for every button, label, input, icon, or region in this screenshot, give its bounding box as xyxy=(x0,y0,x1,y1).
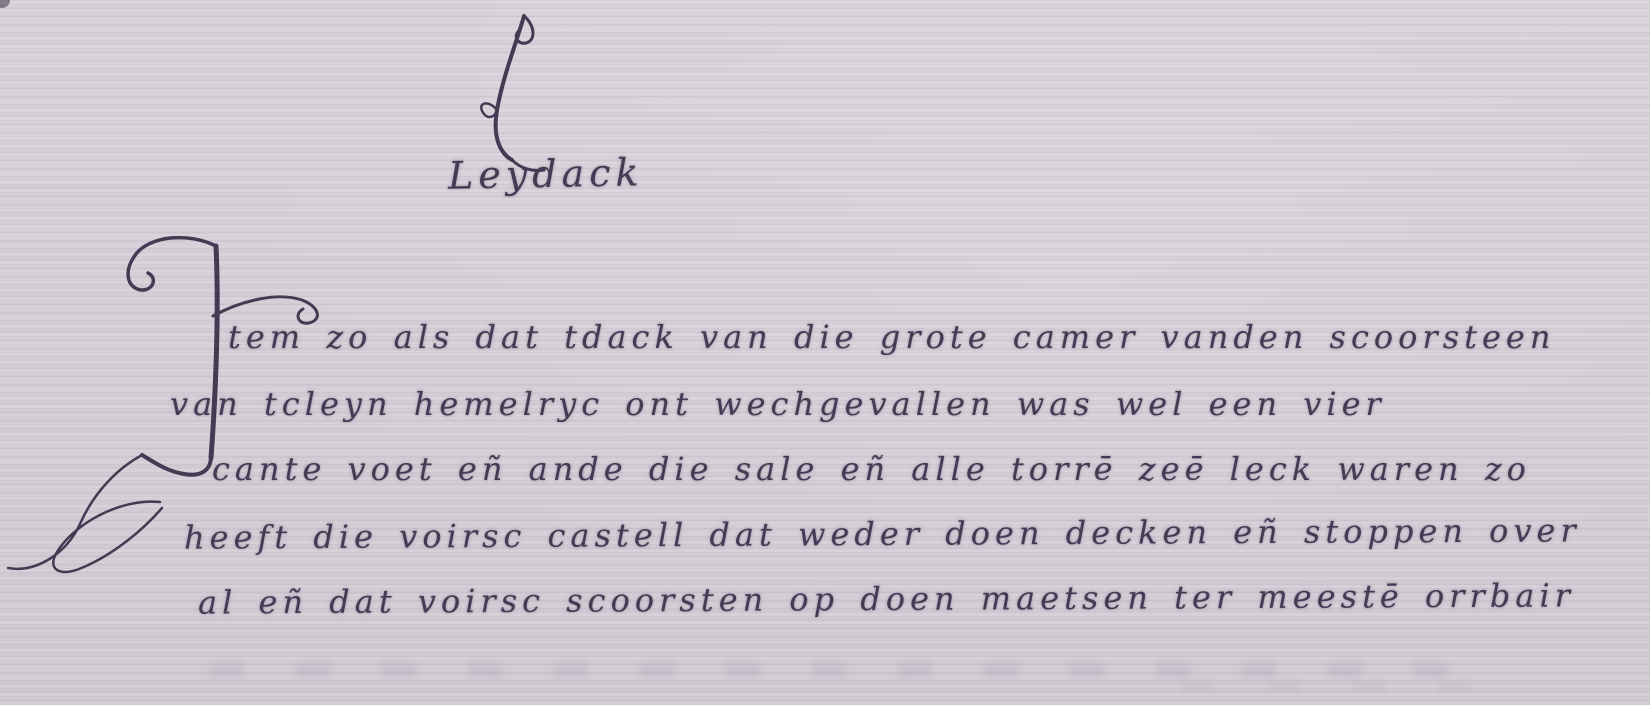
heading-word: Leydack xyxy=(448,150,644,197)
text-line: al eñ dat voirsc scoorsten op doen maets… xyxy=(198,576,1575,621)
text-line: heeft die voirsc castell dat weder doen … xyxy=(184,511,1581,556)
manuscript-page: Leydack tem zo als dat tdack van die gro… xyxy=(0,0,1650,705)
verso-show-through xyxy=(210,662,1450,678)
verso-show-through xyxy=(1180,682,1510,692)
text-line: cante voet eñ ande die sale eñ alle torr… xyxy=(212,450,1531,488)
text-line: van tcleyn hemelryc ont wechgevallen was… xyxy=(170,385,1386,423)
text-line: tem zo als dat tdack van die grote camer… xyxy=(228,318,1555,356)
photo-corner-shadow xyxy=(0,0,10,8)
